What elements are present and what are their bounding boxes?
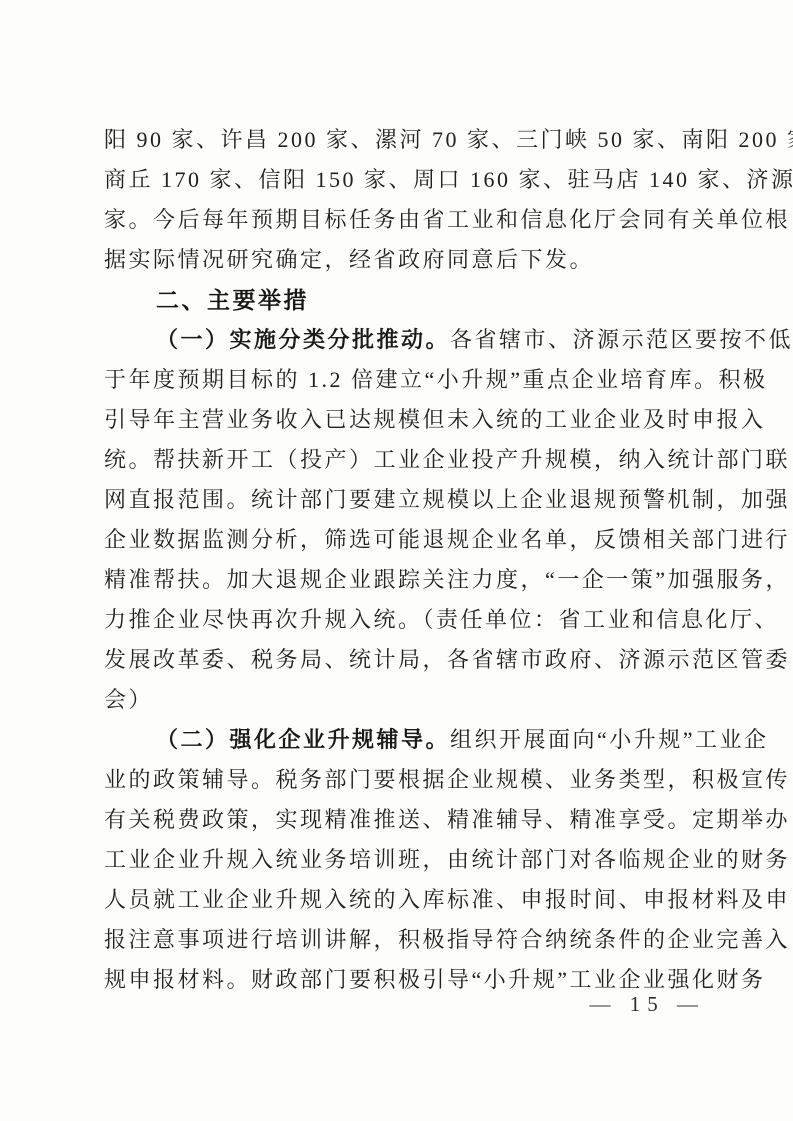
paragraph-2-first-line: （二）强化企业升规辅导。组织开展面向“小升规”工业企 <box>104 720 706 760</box>
text-line: 精准帮扶。加大退规企业跟踪关注力度，“一企一策”加强服务， <box>104 560 706 600</box>
text-line: 企业数据监测分析，筛选可能退规企业名单，反馈相关部门进行 <box>104 520 706 560</box>
document-content: 阳 90 家、许昌 200 家、漯河 70 家、三门峡 50 家、南阳 200 … <box>104 120 706 1000</box>
paragraph-1-first-line: （一）实施分类分批推动。各省辖市、济源示范区要按不低 <box>104 320 706 360</box>
text-line: 力推企业尽快再次升规入统。（责任单位：省工业和信息化厅、 <box>104 600 706 640</box>
paragraph-2-first-line-rest: 组织开展面向“小升规”工业企 <box>450 727 769 752</box>
text-line: 统。帮扶新开工（投产）工业企业投产升规模，纳入统计部门联 <box>104 440 706 480</box>
text-line: 工业企业升规入统业务培训班，由统计部门对各临规企业的财务 <box>104 840 706 880</box>
text-line: 有关税费政策，实现精准推送、精准辅导、精准享受。定期举办 <box>104 800 706 840</box>
document-page: 阳 90 家、许昌 200 家、漯河 70 家、三门峡 50 家、南阳 200 … <box>0 0 793 1121</box>
text-line: 家。今后每年预期目标任务由省工业和信息化厅会同有关单位根 <box>104 200 706 240</box>
text-line: 据实际情况研究确定，经省政府同意后下发。 <box>104 240 706 280</box>
text-line: 商丘 170 家、信阳 150 家、周口 160 家、驻马店 140 家、济源 … <box>104 160 706 200</box>
text-line: 引导年主营业务收入已达规模但未入统的工业企业及时申报入 <box>104 400 706 440</box>
text-line: 发展改革委、税务局、统计局，各省辖市政府、济源示范区管委 <box>104 640 706 680</box>
section-heading: 二、主要举措 <box>104 280 706 320</box>
paragraph-1-first-line-rest: 各省辖市、济源示范区要按不低 <box>450 327 793 352</box>
text-line: 报注意事项进行培训讲解，积极指导符合纳统条件的企业完善入 <box>104 920 706 960</box>
page-number: — 15 — <box>590 992 706 1017</box>
text-line: 于年度预期目标的 1.2 倍建立“小升规”重点企业培育库。积极 <box>104 360 706 400</box>
text-line: 会） <box>104 680 706 720</box>
paragraph-1-lead: （一）实施分类分批推动。 <box>156 327 450 352</box>
text-line: 业的政策辅导。税务部门要根据企业规模、业务类型，积极宣传 <box>104 760 706 800</box>
text-line: 人员就工业企业升规入统的入库标准、申报时间、申报材料及申 <box>104 880 706 920</box>
text-line: 阳 90 家、许昌 200 家、漯河 70 家、三门峡 50 家、南阳 200 … <box>104 120 706 160</box>
text-line: 网直报范围。统计部门要建立规模以上企业退规预警机制，加强 <box>104 480 706 520</box>
paragraph-2-lead: （二）强化企业升规辅导。 <box>156 727 450 752</box>
